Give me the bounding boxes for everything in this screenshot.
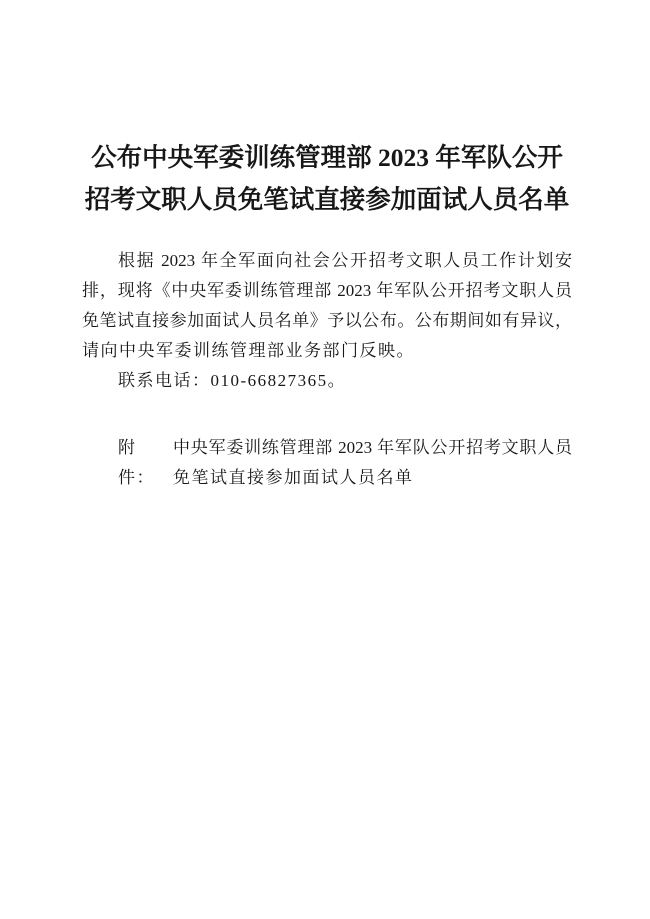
attachment-label: 附件： bbox=[118, 433, 173, 493]
body-paragraph: 根据 2023 年全军面向社会公开招考文职人员工作计划安 排，现将《中央军委训练… bbox=[82, 246, 572, 396]
contact-phone-line: 联系电话：010-66827365。 bbox=[82, 366, 572, 396]
body-paragraph-line-3: 免笔试直接参加面试人员名单》予以公布。公布期间如有异议， bbox=[82, 306, 572, 336]
attachment-section: 附件： 中央军委训练管理部 2023 年军队公开招考文职人员 免笔试直接参加面试… bbox=[82, 433, 572, 493]
body-paragraph-line-1: 根据 2023 年全军面向社会公开招考文职人员工作计划安 bbox=[82, 246, 572, 276]
attachment-text-line-1: 中央军委训练管理部 2023 年军队公开招考文职人员 bbox=[173, 433, 572, 463]
body-paragraph-line-2: 排，现将《中央军委训练管理部 2023 年军队公开招考文职人员 bbox=[82, 276, 572, 306]
attachment-text-line-2: 免笔试直接参加面试人员名单 bbox=[173, 463, 572, 493]
title-line-2: 招考文职人员免笔试直接参加面试人员名单 bbox=[82, 179, 572, 221]
document-title: 公布中央军委训练管理部 2023 年军队公开 招考文职人员免笔试直接参加面试人员… bbox=[82, 0, 572, 221]
body-paragraph-line-4: 请向中央军委训练管理部业务部门反映。 bbox=[82, 336, 572, 366]
attachment-text: 中央军委训练管理部 2023 年军队公开招考文职人员 免笔试直接参加面试人员名单 bbox=[173, 433, 572, 493]
title-line-1: 公布中央军委训练管理部 2023 年军队公开 bbox=[82, 137, 572, 179]
document-page: 公布中央军委训练管理部 2023 年军队公开 招考文职人员免笔试直接参加面试人员… bbox=[82, 0, 572, 493]
